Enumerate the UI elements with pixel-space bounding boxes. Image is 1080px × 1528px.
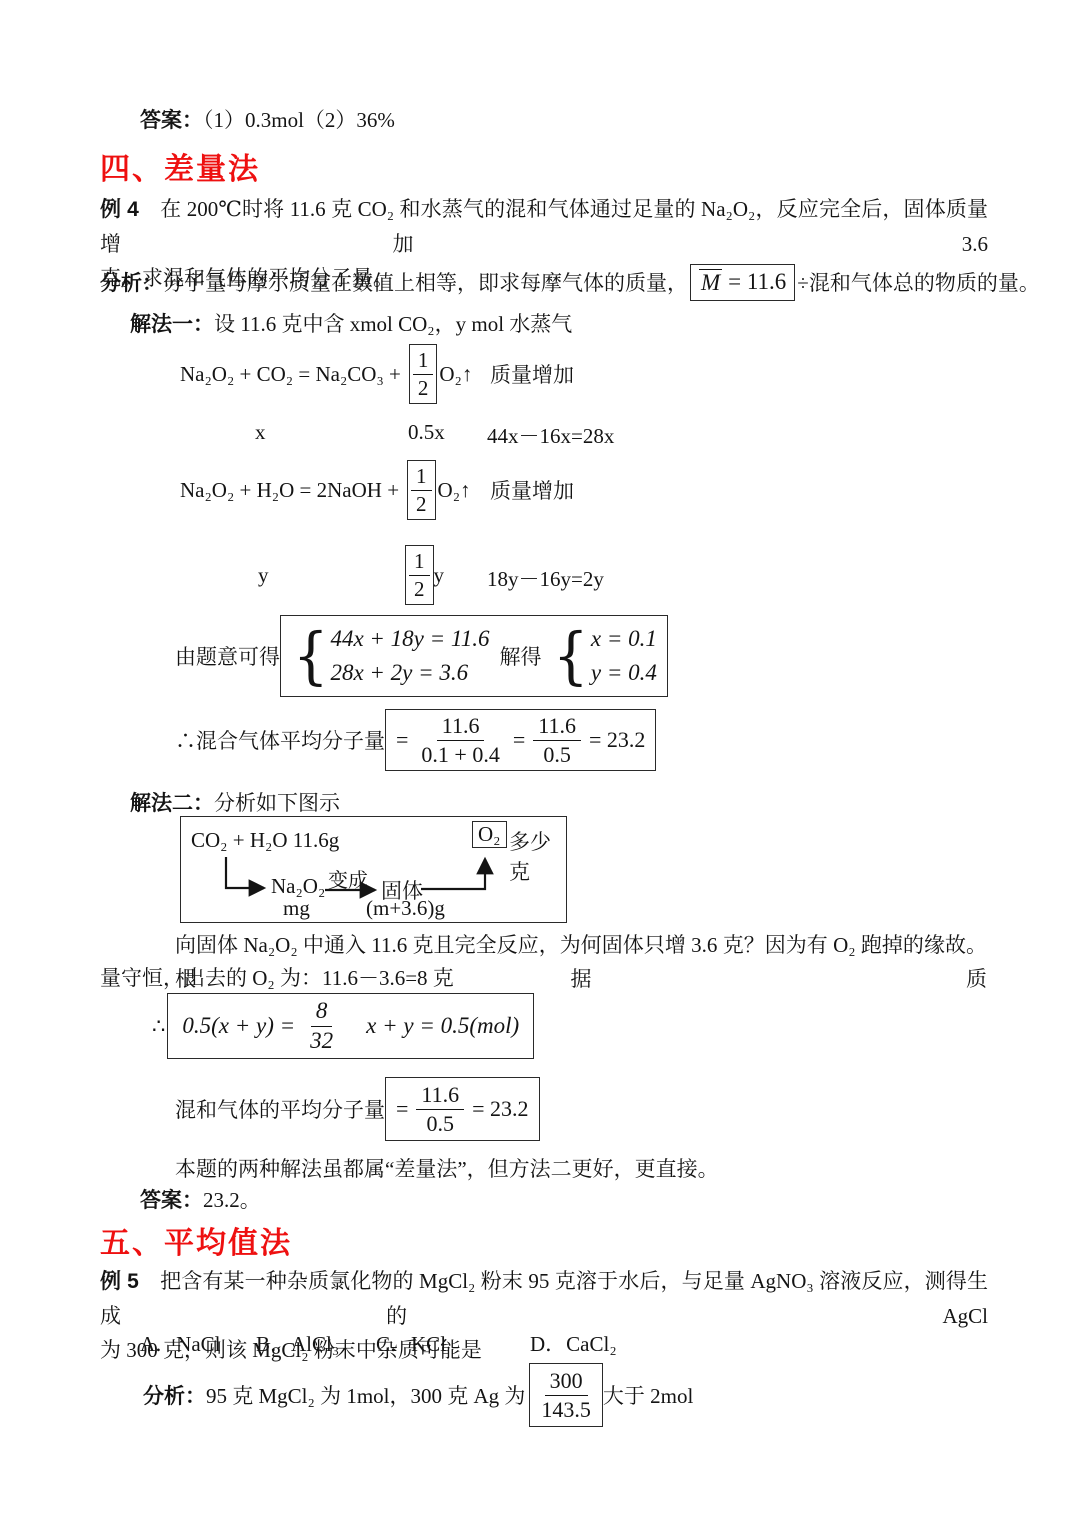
section-title-diff-method: 四、差量法 bbox=[100, 144, 260, 188]
analysis4-line: 分析： 分子量与摩尔质量在数值上相等，即求每摩气体的质量， M = 11.6 ÷… bbox=[100, 258, 1040, 306]
option-key: A． bbox=[140, 1332, 176, 1356]
equals-sign: = bbox=[396, 727, 408, 753]
note-line: 本题的两种解法虽都属“差量法”，但方法二更好，更直接。 bbox=[175, 1152, 719, 1186]
section-title-average-method: 五、平均值法 bbox=[100, 1218, 292, 1262]
conclusion-rhs: x + y = 0.5(mol) bbox=[366, 1013, 519, 1039]
equals-sign: = bbox=[396, 1096, 408, 1122]
frac-den: 0.5 bbox=[422, 1110, 460, 1136]
system-equations: 44x + 18y = 11.6 28x + 2y = 3.6 bbox=[330, 626, 489, 686]
system-solutions: x = 0.1 y = 0.4 bbox=[591, 626, 657, 686]
option-key: D． bbox=[530, 1332, 566, 1356]
equals-sign: = bbox=[513, 727, 525, 753]
flow-diagram: CO₂ + H₂O 11.6g O₂ 多少克 Na₂O₂ mg 变成 固体 (m… bbox=[180, 816, 567, 923]
analysis4-before: 分子量与摩尔质量在数值上相等，即求每摩气体的质量， bbox=[163, 267, 688, 297]
equation1-note: 质量增加 bbox=[490, 359, 574, 389]
equation1-line: Na₂O₂ + CO₂ = Na₂CO₃ + 12 O₂↑ 质量增加 bbox=[180, 340, 820, 408]
method1-text: 设 11.6 克中含 xmol CO₂，y mol 水蒸气 bbox=[214, 312, 572, 336]
frac-num: 300 bbox=[545, 1368, 588, 1395]
diagram-mg: mg bbox=[283, 896, 310, 921]
frac-num: 11.6 bbox=[416, 1082, 464, 1109]
example4-label: 例 4 bbox=[100, 198, 139, 221]
option-d: D．CaCl₂ bbox=[530, 1328, 617, 1358]
result2-prefix: 混和气体的平均分子量 bbox=[175, 1094, 385, 1124]
frac-den: 0.5 bbox=[538, 741, 576, 767]
example5-line1: 例 5 把含有某一种杂质氯化物的 MgCl₂ 粉末 95 克溶于水后，与足量 A… bbox=[100, 1264, 988, 1333]
result2-box: = 11.60.5 = 23.2 bbox=[385, 1077, 540, 1141]
stoich-frac-after: y bbox=[434, 563, 445, 588]
frac-num: 1 bbox=[409, 549, 430, 575]
option-a: A．NaCl bbox=[140, 1328, 221, 1358]
stoich-row-x: x 0.5x 44x－16x=28x bbox=[0, 420, 1080, 448]
frac-num: 11.6 bbox=[437, 713, 485, 740]
equation2-note: 质量增加 bbox=[490, 475, 574, 505]
system-eq-bottom: 28x + 2y = 3.6 bbox=[330, 660, 489, 686]
analysis4-label: 分析： bbox=[100, 267, 163, 297]
option-text: CaCl₂ bbox=[566, 1332, 617, 1356]
equation2-fraction-box: 12 bbox=[407, 460, 436, 519]
frac-den: 2 bbox=[411, 491, 432, 516]
result1-line: ∴混合气体平均分子量 = 11.60.1 + 0.4 = 11.60.5 = 2… bbox=[175, 710, 656, 770]
method2-text: 分析如下图示 bbox=[214, 791, 340, 815]
example4-line1: 例 4 在 200℃时将 11.6 克 CO₂ 和水蒸气的混和气体通过足量的 N… bbox=[100, 192, 988, 261]
answer4-line: 答案：23.2。 bbox=[140, 1183, 261, 1218]
conclusion-box: 0.5(x + y) = 832 x + y = 0.5(mol) bbox=[167, 993, 534, 1059]
therefore-symbol: ∴ bbox=[152, 1014, 165, 1039]
conclusion-line: ∴ 0.5(x + y) = 832 x + y = 0.5(mol) bbox=[152, 995, 534, 1057]
equation1-rhs: O₂↑ bbox=[439, 362, 472, 387]
frac-num: 1 bbox=[411, 464, 432, 490]
result2-line: 混和气体的平均分子量 = 11.60.5 = 23.2 bbox=[175, 1078, 540, 1140]
system-intro: 由题意可得 bbox=[175, 641, 280, 671]
system-sol-top: x = 0.1 bbox=[591, 626, 657, 652]
stoich-05x: 0.5x bbox=[408, 420, 445, 445]
diagram-o2-box: O₂ bbox=[472, 821, 507, 848]
analysis4-after: ÷混和气体总的物质的量。 bbox=[797, 267, 1040, 297]
frac-den: 32 bbox=[305, 1027, 338, 1054]
stoich-row-y: y 12 y 18y－16y=2y bbox=[0, 541, 1080, 611]
document-page: 答案：（1）0.3mol（2）36% 四、差量法 例 4 在 200℃时将 11… bbox=[0, 0, 1080, 1528]
system-sol-bottom: y = 0.4 bbox=[591, 660, 657, 686]
analysis5-label: 分析： bbox=[143, 1380, 206, 1410]
mbar-value: = 11.6 bbox=[728, 269, 786, 295]
mbar-symbol: M bbox=[699, 269, 722, 296]
example5-label: 例 5 bbox=[100, 1270, 139, 1293]
answer-label: 答案： bbox=[140, 109, 203, 132]
equation1-lhs: Na₂O₂ + CO₂ = Na₂CO₃ + bbox=[180, 362, 401, 387]
analysis5-fraction-box: 300143.5 bbox=[529, 1363, 603, 1427]
method2-label: 解法二： bbox=[130, 792, 214, 815]
analysis5-after: 大于 2mol bbox=[603, 1380, 693, 1410]
options-row: A．NaCl B．AlCl₃ C．KCl D．CaCl₂ bbox=[0, 1328, 1080, 1358]
answer-label: 答案： bbox=[140, 1189, 203, 1212]
prev-answer-line: 答案：（1）0.3mol（2）36% bbox=[140, 103, 395, 138]
frac-num: 8 bbox=[311, 998, 333, 1026]
para2-line2: 量守恒，出去的 O₂ 为：11.6－3.6=8 克 bbox=[100, 961, 454, 995]
system-box: { 44x + 18y = 11.6 28x + 2y = 3.6 解得 { x… bbox=[280, 615, 668, 697]
frac-num: 11.6 bbox=[533, 713, 581, 740]
option-text: NaCl bbox=[176, 1332, 220, 1356]
frac-den: 2 bbox=[409, 576, 430, 601]
option-key: B． bbox=[256, 1332, 291, 1356]
option-b: B．AlCl₃ bbox=[256, 1328, 339, 1358]
answer-value: （1）0.3mol（2）36% bbox=[203, 108, 395, 132]
analysis5-before: 95 克 MgCl₂ 为 1mol，300 克 Ag 为 bbox=[206, 1380, 525, 1410]
stoich-y: y bbox=[258, 563, 269, 588]
frac-den: 0.1 + 0.4 bbox=[416, 741, 504, 767]
result1-prefix: ∴混合气体平均分子量 bbox=[175, 725, 385, 755]
option-text: AlCl₃ bbox=[291, 1332, 339, 1356]
brace-left-icon: { bbox=[553, 630, 589, 683]
mbar-box: M = 11.6 bbox=[690, 264, 795, 301]
frac-den: 2 bbox=[413, 375, 434, 400]
equation2-rhs: O₂↑ bbox=[438, 478, 471, 503]
equation2-line: Na₂O₂ + H₂O = 2NaOH + 12 O₂↑ 质量增加 bbox=[180, 456, 820, 524]
option-key: C． bbox=[376, 1332, 411, 1356]
result2-value: = 23.2 bbox=[472, 1096, 528, 1122]
stoich-diff-x: 44x－16x=28x bbox=[487, 420, 614, 450]
result1-value: = 23.2 bbox=[589, 727, 645, 753]
system-line: 由题意可得 { 44x + 18y = 11.6 28x + 2y = 3.6 … bbox=[175, 615, 668, 697]
result1-box: = 11.60.1 + 0.4 = 11.60.5 = 23.2 bbox=[385, 709, 656, 771]
diagram-solid-mass: (m+3.6)g bbox=[366, 896, 445, 921]
system-solve-label: 解得 bbox=[499, 641, 541, 671]
conclusion-lhs: 0.5(x + y) = bbox=[182, 1013, 295, 1039]
method1-label: 解法一： bbox=[130, 313, 214, 336]
equation2-lhs: Na₂O₂ + H₂O = 2NaOH + bbox=[180, 478, 399, 503]
diagram-reactants: CO₂ + H₂O 11.6g bbox=[191, 828, 339, 853]
frac-num: 1 bbox=[413, 348, 434, 374]
frac-den: 143.5 bbox=[536, 1396, 596, 1422]
analysis5-line: 分析： 95 克 MgCl₂ 为 1mol，300 克 Ag 为 300143.… bbox=[143, 1362, 693, 1428]
diagram-howmany: 多少克 bbox=[509, 826, 566, 886]
stoich-fraction-box: 12 bbox=[405, 545, 434, 604]
diagram-becomes: 变成 bbox=[328, 864, 368, 893]
brace-left-icon: { bbox=[293, 630, 329, 683]
example4-text1: 在 200℃时将 11.6 克 CO₂ 和水蒸气的混和气体通过足量的 Na₂O₂… bbox=[100, 197, 988, 256]
option-c: C．KCl bbox=[376, 1328, 446, 1358]
option-text: KCl bbox=[411, 1332, 446, 1356]
stoich-frac-y: 12 y bbox=[405, 541, 444, 609]
method1-line: 解法一：设 11.6 克中含 xmol CO₂，y mol 水蒸气 bbox=[130, 307, 572, 342]
system-eq-top: 44x + 18y = 11.6 bbox=[330, 626, 489, 652]
example5-text1: 把含有某一种杂质氯化物的 MgCl₂ 粉末 95 克溶于水后，与足量 AgNO₃… bbox=[100, 1269, 988, 1328]
stoich-diff-y: 18y－16y=2y bbox=[487, 563, 604, 593]
stoich-x: x bbox=[255, 420, 266, 445]
equation1-fraction-box: 12 bbox=[409, 344, 438, 403]
answer-value: 23.2。 bbox=[203, 1188, 261, 1212]
